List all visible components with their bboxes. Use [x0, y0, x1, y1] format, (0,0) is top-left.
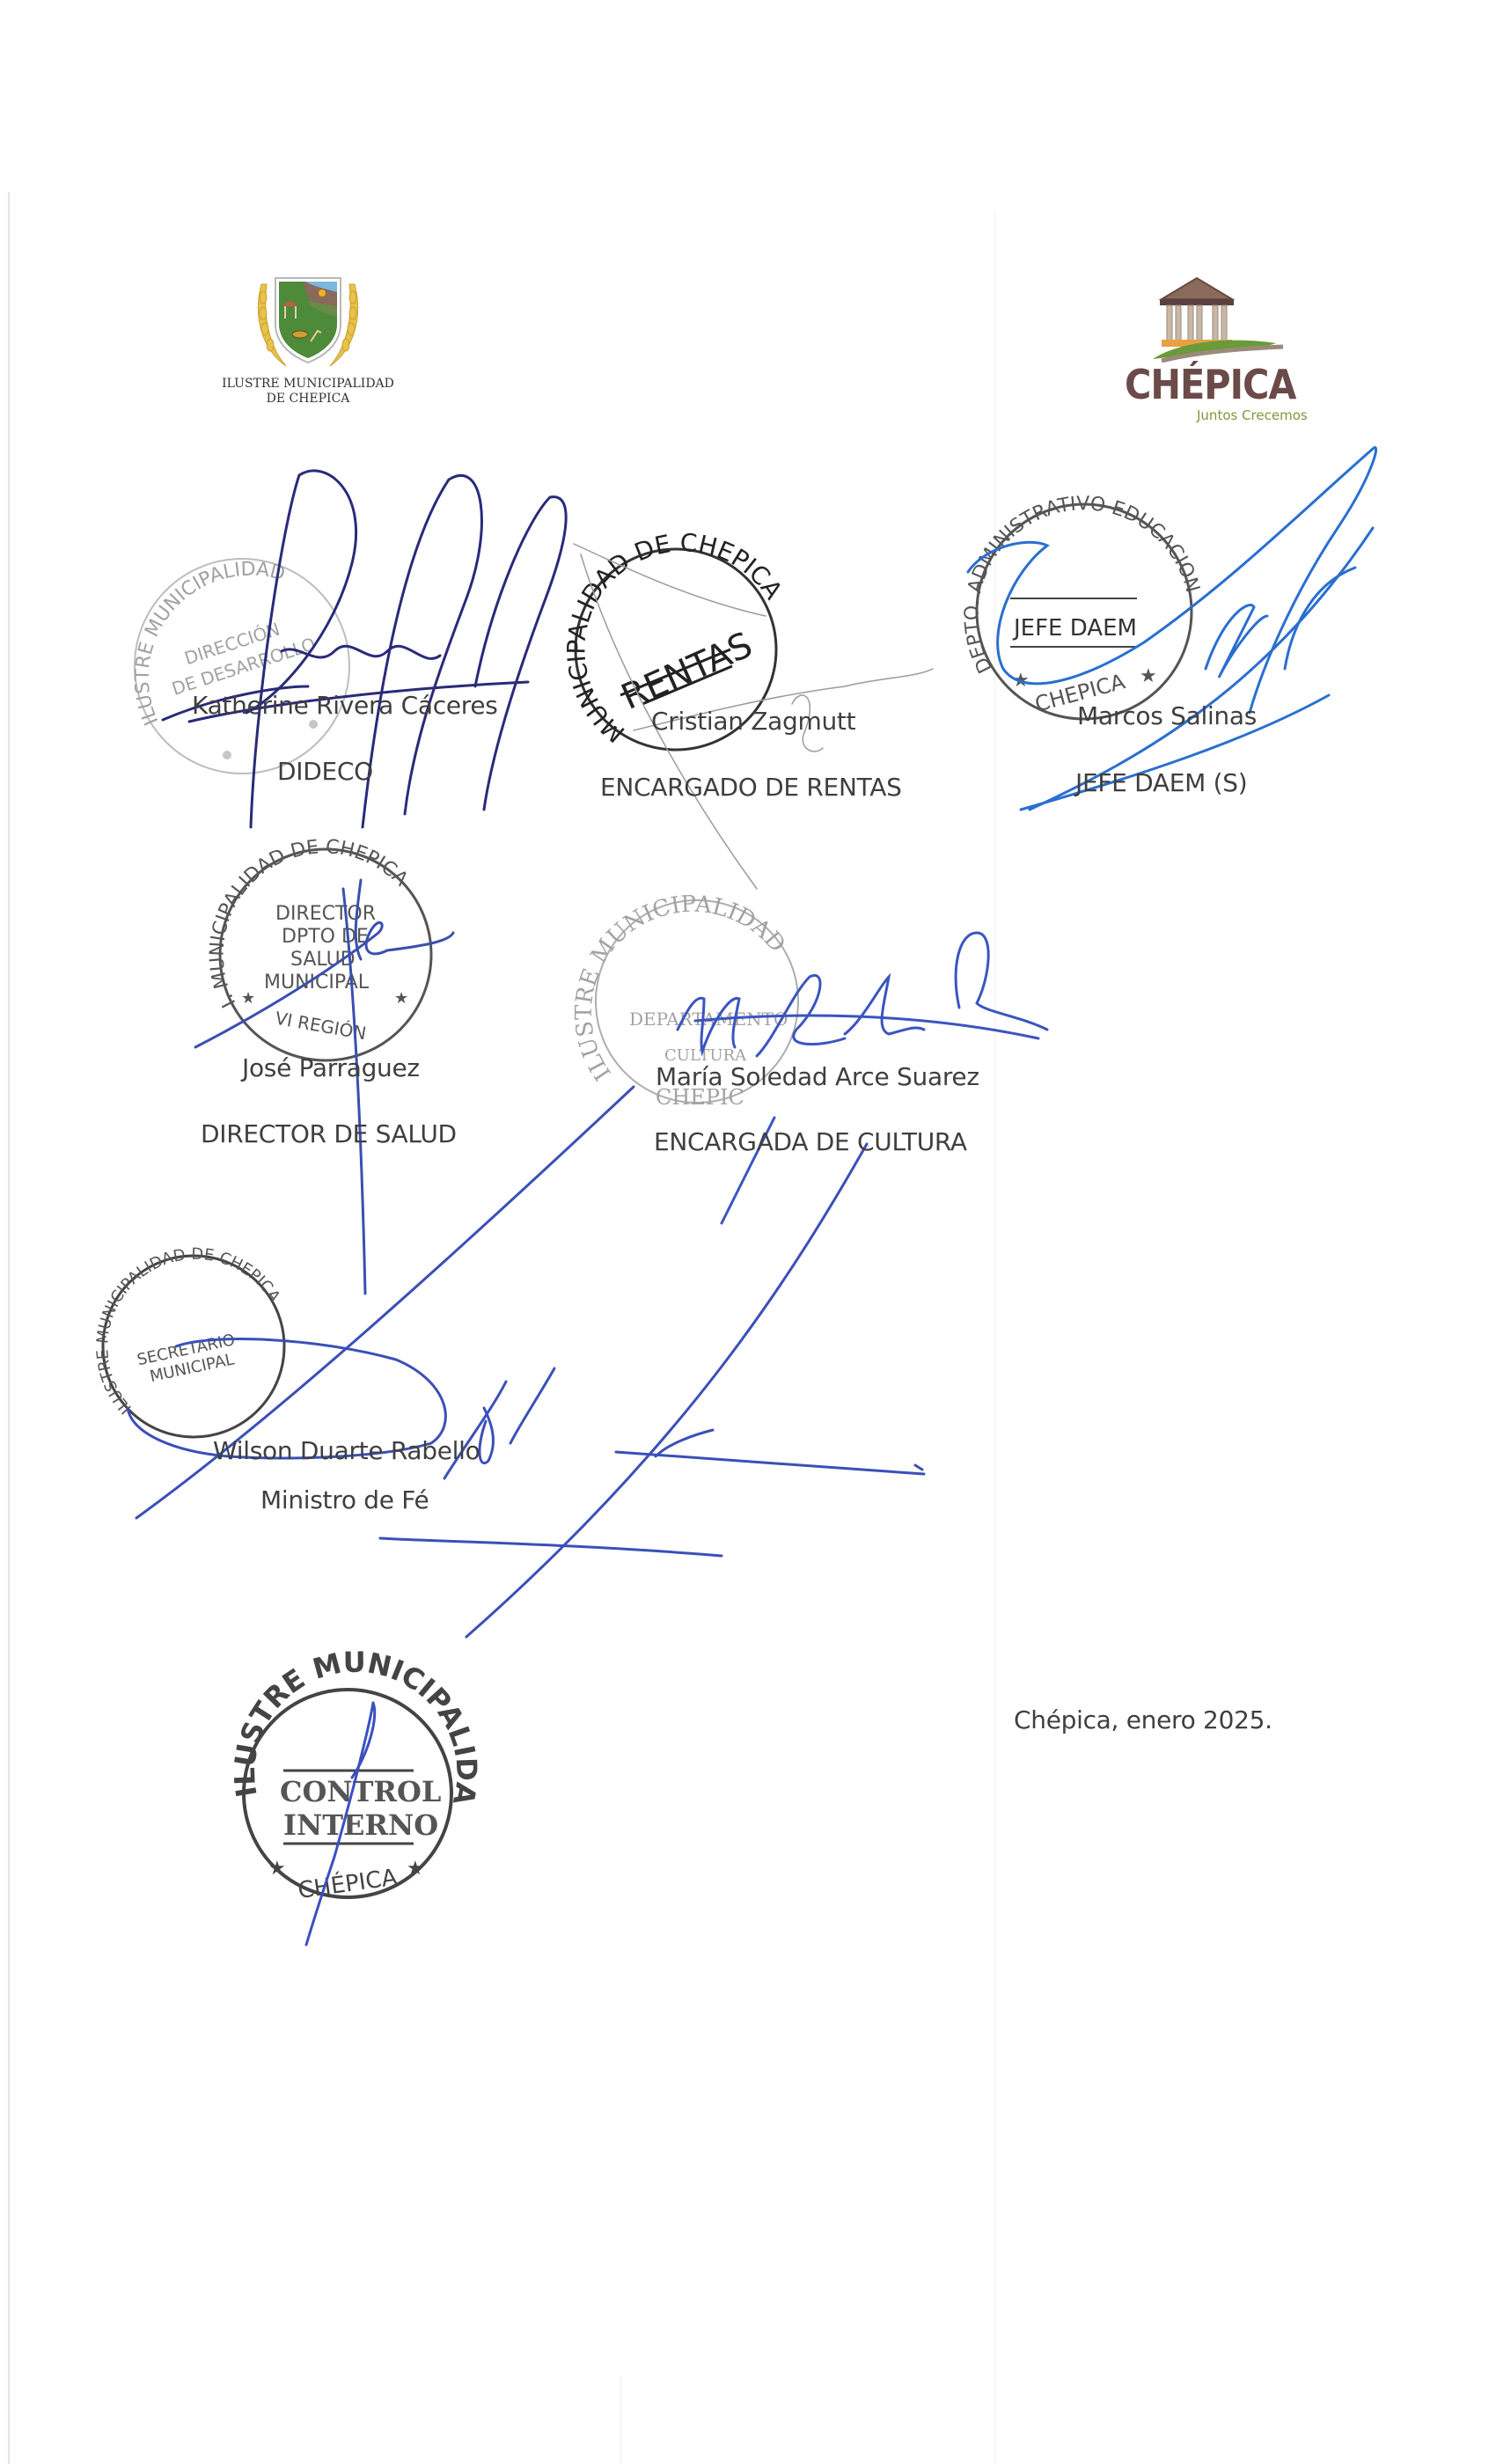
signature-marcos-salinas [968, 447, 1376, 810]
svg-text:★: ★ [268, 1858, 286, 1880]
stamp-dideco: ILUSTRE MUNICIPALIDAD DIRECCIÓN DE DESAR… [132, 559, 349, 774]
svg-text:I. MUNICIPALIDAD DE CHEPICA: I. MUNICIPALIDAD DE CHEPICA [206, 836, 412, 1011]
signatory-title-ministro: Ministro de Fé [260, 1485, 429, 1514]
signatory-name-maria: María Soledad Arce Suarez [656, 1062, 979, 1091]
date-line: Chépica, enero 2025. [1014, 1705, 1272, 1734]
chepica-temple-logo-icon [1135, 275, 1285, 363]
svg-text:MUNICIPAL: MUNICIPAL [148, 1350, 236, 1386]
signatory-name-jose: José Parraguez [242, 1053, 420, 1082]
scan-edge-right [994, 211, 995, 2464]
svg-text:★: ★ [394, 989, 408, 1008]
svg-text:★: ★ [407, 1858, 424, 1880]
svg-text:MUNICIPAL: MUNICIPAL [264, 972, 370, 994]
signature-jose-parraguez [195, 880, 453, 1294]
svg-text:DEPTO. ADMINISTRATIVO EDUCACIO: DEPTO. ADMINISTRATIVO EDUCACION [961, 493, 1203, 676]
svg-text:★: ★ [1012, 670, 1030, 692]
svg-text:VI REGIÓN: VI REGIÓN [274, 1008, 368, 1045]
svg-text:DPTO DE: DPTO DE [282, 926, 369, 948]
municipality-caption: ILUSTRE MUNICIPALIDAD DE CHEPICA [211, 377, 405, 407]
municipal-coat-of-arms-icon [251, 262, 365, 375]
signatory-title-dideco: DIDECO [277, 757, 373, 786]
svg-text:DIRECCIÓN: DIRECCIÓN [182, 619, 282, 670]
signature-wilson-duarte [128, 1087, 924, 1637]
svg-text:ILUSTRE MUNICIPALIDAD DE CHEPI: ILUSTRE MUNICIPALIDAD DE CHEPICA [93, 1245, 284, 1418]
svg-text:INTERNO: INTERNO [283, 1808, 438, 1842]
svg-text:★: ★ [241, 989, 255, 1008]
signatory-name-cristian: Cristian Zagmutt [651, 707, 855, 736]
svg-text:CHÉPICA: CHÉPICA [296, 1863, 399, 1905]
signatory-title-cultura: ENCARGADA DE CULTURA [654, 1127, 967, 1156]
svg-text:DE DESARROLLO: DE DESARROLLO [169, 633, 318, 699]
svg-text:RENTAS: RENTAS [616, 625, 759, 718]
svg-text:JEFE DAEM: JEFE DAEM [1012, 615, 1137, 642]
stamp-director-salud: I. MUNICIPALIDAD DE CHEPICA DIRECTOR DPT… [206, 836, 431, 1060]
svg-text:DIRECTOR: DIRECTOR [275, 903, 376, 925]
svg-text:ILUSTRE MUNICIPALIDAD: ILUSTRE MUNICIPALIDAD [571, 891, 790, 1086]
svg-text:DEPARTAMENTO: DEPARTAMENTO [629, 1008, 788, 1030]
signatory-title-rentas: ENCARGADO DE RENTAS [600, 773, 902, 802]
svg-text:SALUD: SALUD [290, 949, 356, 971]
stamp-control-interno: ILUSTRE MUNICIPALIDAD CONTROL INTERNO CH… [0, 0, 484, 1904]
signatory-title-jefe-daem: JEFE DAEM (S) [1075, 768, 1247, 797]
chepica-brand-tagline: Juntos Crecemos [1197, 407, 1308, 423]
stamp-secretario-municipal: ILUSTRE MUNICIPALIDAD DE CHEPICA SECRETA… [93, 1245, 284, 1437]
svg-text:★: ★ [1140, 665, 1157, 687]
caption-line-2: DE CHEPICA [211, 392, 405, 407]
svg-text:CONTROL: CONTROL [280, 1775, 441, 1808]
signatory-name-katherine: Katherine Rivera Cáceres [192, 691, 498, 720]
svg-text:SECRETARIO: SECRETARIO [136, 1331, 237, 1369]
signatory-name-marcos: Marcos Salinas [1077, 701, 1257, 730]
signatory-title-salud: DIRECTOR DE SALUD [201, 1119, 457, 1148]
chepica-brand-wordmark: CHÉPICA [1125, 361, 1295, 408]
stamp-jefe-daem: DEPTO. ADMINISTRATIVO EDUCACION JEFE DAE… [961, 493, 1203, 719]
signatory-name-wilson: Wilson Duarte Rabello [213, 1436, 480, 1465]
signature-control-interno [306, 1703, 375, 1945]
svg-text:ILUSTRE MUNICIPALIDAD: ILUSTRE MUNICIPALIDAD [0, 0, 484, 1808]
caption-line-1: ILUSTRE MUNICIPALIDAD [211, 377, 405, 392]
scan-edge-left [8, 192, 10, 2464]
scan-edge-bottom [620, 2376, 621, 2464]
